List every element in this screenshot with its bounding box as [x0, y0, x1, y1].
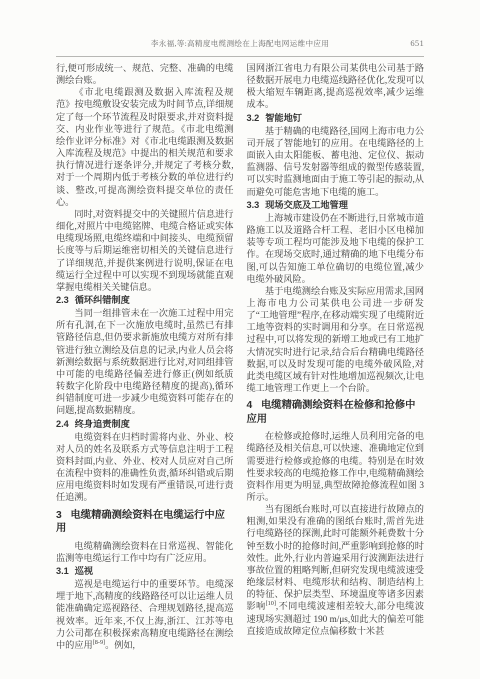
text-columns: 行,便可形成统一、规范、完整、准确的电缆测绘台账。 《市北电缆跟测及数据入库流程…	[56, 62, 424, 631]
paragraph: 电缆资料在归档时需将内业、外业、校对人员的姓名及联系方式等信息注明于工程资料封面…	[56, 431, 234, 504]
citation-marker: [8-9]	[93, 639, 105, 646]
paragraph: 上海城市建设仍在不断进行,日常城市道路施工以及道路合杆工程、老旧小区电梯加装等专…	[247, 212, 425, 285]
section-number: 3.1	[56, 566, 69, 576]
right-column: 国网浙江省电力有限公司某供电公司基于路径数据开展电力电缆巡线路径优化,发现可以极…	[247, 62, 425, 631]
header-divider	[56, 56, 424, 57]
section-number: 3.2	[247, 113, 260, 123]
section-heading-2-4: 2.4终身追责制度	[56, 418, 234, 430]
section-number: 3	[56, 510, 62, 521]
paper-page: 李永福,等:高精度电缆测绘在上海配电网运维中应用 651 行,便可形成统一、规范…	[0, 0, 480, 679]
paragraph: 《市北电缆跟测及数据入库流程及规范》按电缆敷设安装完成为时间节点,详细规定了每一…	[56, 86, 234, 208]
paragraph-text: 。例如,	[105, 640, 135, 650]
section-title: 电缆精确测绘资料在电缆运行中应用	[56, 510, 225, 535]
section-heading-3: 3电缆精确测绘资料在电缆运行中应用	[56, 509, 234, 536]
page-number: 651	[410, 38, 424, 48]
paragraph: 当有图纸台账时,可以直接进行故障点的粗测,如果没有准确的图纸台账时,需首先进行电…	[247, 503, 425, 637]
section-number: 2.4	[56, 419, 69, 429]
paragraph: 国网浙江省电力有限公司某供电公司基于路径数据开展电力电缆巡线路径优化,发现可以极…	[247, 62, 425, 111]
paragraph-text: 巡视是电缆运行中的重要环节。电缆深埋于地下,高精度的线路路径可以让运维人员能准确…	[56, 579, 234, 650]
section-title: 智能地钉	[265, 113, 302, 123]
section-title: 终身追责制度	[75, 419, 130, 429]
paragraph: 电缆精确测绘资料在日常巡视、智能化监测等电缆运行工作中均有广泛应用。	[56, 540, 234, 564]
paragraph: 行,便可形成统一、规范、完整、准确的电缆测绘台账。	[56, 62, 234, 86]
section-title: 电缆精确测绘资料在检修和抢修中应用	[247, 400, 416, 425]
section-heading-3-3: 3.3现场交底及工地管理	[247, 199, 425, 211]
section-heading-2-3: 2.3循环纠错制度	[56, 294, 234, 306]
paragraph: 在检修或抢修时,运维人员利用完备的电缆路径及相关信息,可以快速、准确地定位到需要…	[247, 430, 425, 503]
running-head: 李永福,等:高精度电缆测绘在上海配电网运维中应用 651	[56, 38, 424, 52]
section-number: 3.3	[247, 200, 260, 210]
paragraph: 基于精确的电缆路径,国网上海市电力公司开展了智能地钉的应用。在电缆路径的上面嵌入…	[247, 125, 425, 198]
section-number: 4	[247, 400, 253, 411]
running-title: 李永福,等:高精度电缆测绘在上海配电网运维中应用	[151, 39, 329, 48]
paragraph: 基于电缆测绘台账及实际应用需求,国网上海市电力公司某供电公司进一步研发了“工地管…	[247, 285, 425, 394]
paragraph: 同时,对资料提交中的关键照片信息进行细化,对照片中电缆铭牌、电缆合格证或实体电缆…	[56, 208, 234, 293]
section-number: 2.3	[56, 295, 69, 305]
section-heading-4: 4电缆精确测绘资料在检修和抢修中应用	[247, 399, 425, 426]
section-heading-3-1: 3.1巡视	[56, 565, 234, 577]
section-heading-3-2: 3.2智能地钉	[247, 112, 425, 124]
paragraph-text: 当有图纸台账时,可以直接进行故障点的粗测,如果没有准确的图纸台账时,需首先进行电…	[247, 504, 425, 611]
paragraph: 巡视是电缆运行中的重要环节。电缆深埋于地下,高精度的线路路径可以让运维人员能准确…	[56, 578, 234, 651]
left-column: 行,便可形成统一、规范、完整、准确的电缆测绘台账。 《市北电缆跟测及数据入库流程…	[56, 62, 234, 631]
section-title: 循环纠错制度	[75, 295, 130, 305]
citation-marker: [10]	[266, 600, 276, 607]
section-title: 巡视	[75, 566, 93, 576]
section-title: 现场交底及工地管理	[265, 200, 348, 210]
paragraph: 当同一组排管未在一次施工过程中用完所有孔洞,在下一次施放电缆时,虽然已有排管路径…	[56, 307, 234, 416]
